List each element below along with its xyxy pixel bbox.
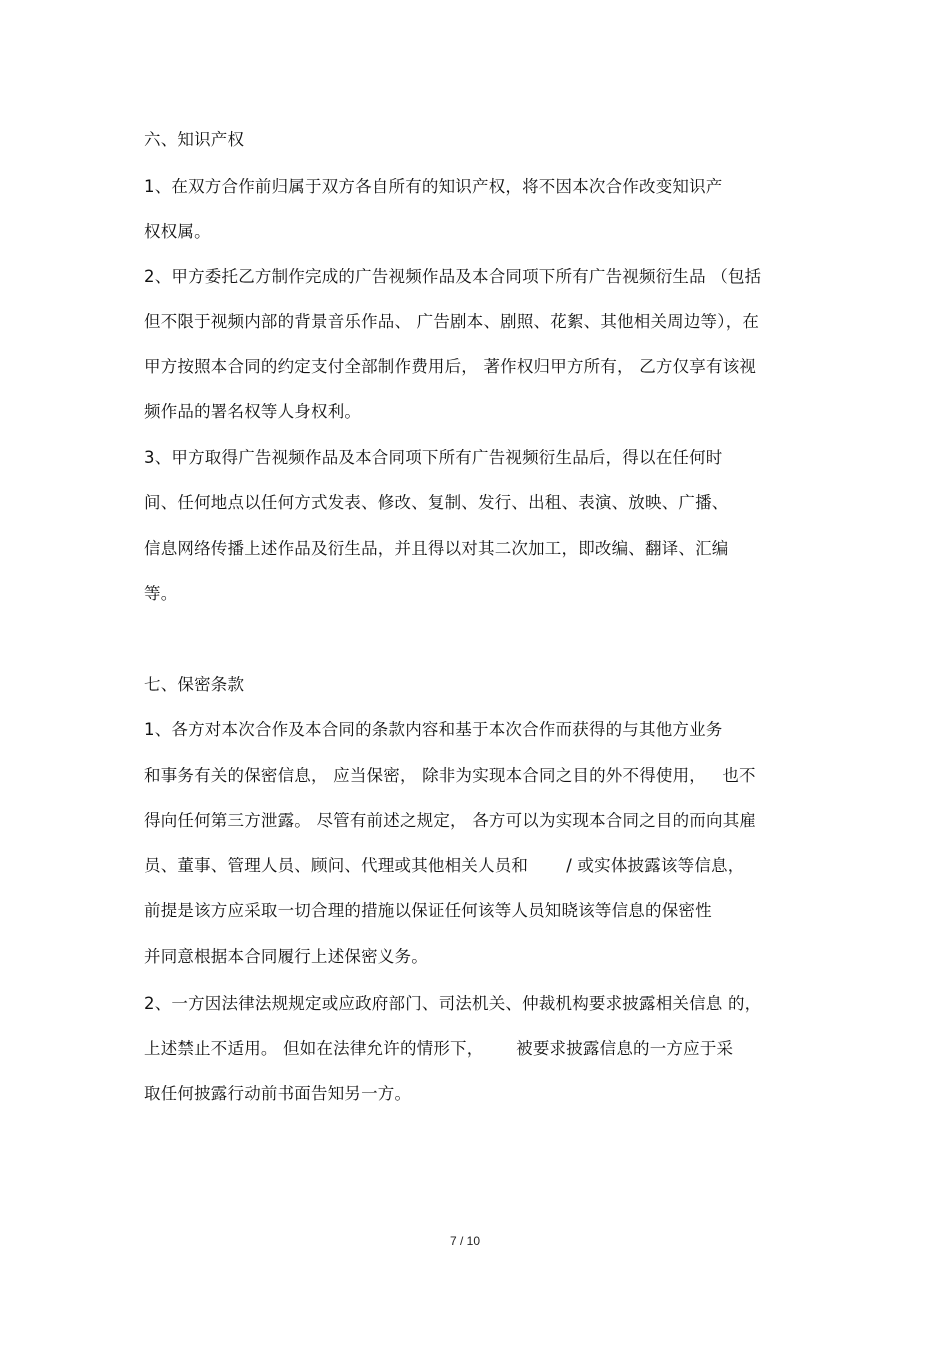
paragraph-line: 和事务有关的保密信息， 应当保密， 除非为实现本合同之目的外不得使用， 也不 [144, 766, 756, 786]
paragraph-line: 信息网络传播上述作品及衍生品，并且得以对其二次加工，即改编、翻译、汇编 [144, 539, 729, 559]
paragraph-line: 等。 [144, 584, 177, 604]
page-number: 7 / 10 [0, 1234, 930, 1248]
paragraph-line: 3、甲方取得广告视频作品及本合同项下所有广告视频衍生品后，得以在任何时 [144, 448, 723, 468]
paragraph-line: 2、一方因法律法规规定或应政府部门、司法机关、仲裁机构要求披露相关信息 的， [144, 994, 761, 1014]
document-page: 六、知识产权 1、在双方合作前归属于双方各自所有的知识产权，将不因本次合作改变知… [0, 0, 950, 1345]
section-heading-confidentiality: 七、保密条款 [144, 675, 244, 695]
paragraph-line: 间、任何地点以任何方式发表、修改、复制、发行、出租、表演、放映、广播、 [144, 493, 729, 513]
paragraph-line: 但不限于视频内部的背景音乐作品、 广告剧本、剧照、花絮、其他相关周边等），在 [144, 312, 759, 332]
paragraph-line: 1、各方对本次合作及本合同的条款内容和基于本次合作而获得的与其他方业务 [144, 720, 723, 740]
paragraph-line: 得向任何第三方泄露。 尽管有前述之规定， 各方可以为实现本合同之目的而向其雇 [144, 811, 756, 831]
paragraph-line: 权权属。 [144, 222, 211, 242]
paragraph-line: 上述禁止不适用。 但如在法律允许的情形下， 被要求披露信息的一方应于采 [144, 1039, 733, 1059]
paragraph-line: 1、在双方合作前归属于双方各自所有的知识产权，将不因本次合作改变知识产 [144, 177, 723, 197]
section-heading-intellectual-property: 六、知识产权 [144, 130, 244, 150]
paragraph-line: 取任何披露行动前书面告知另一方。 [144, 1084, 411, 1104]
paragraph-line: 前提是该方应采取一切合理的措施以保证任何该等人员知晓该等信息的保密性 [144, 901, 712, 921]
paragraph-line: 员、董事、管理人员、顾问、代理或其他相关人员和 / 或实体披露该等信息， [144, 856, 744, 876]
paragraph-line: 并同意根据本合同履行上述保密义务。 [144, 947, 428, 967]
paragraph-line: 频作品的署名权等人身权利。 [144, 402, 361, 422]
paragraph-line: 甲方按照本合同的约定支付全部制作费用后， 著作权归甲方所有， 乙方仅享有该视 [144, 357, 756, 377]
paragraph-line: 2、甲方委托乙方制作完成的广告视频作品及本合同项下所有广告视频衍生品 （包括 [144, 267, 761, 287]
